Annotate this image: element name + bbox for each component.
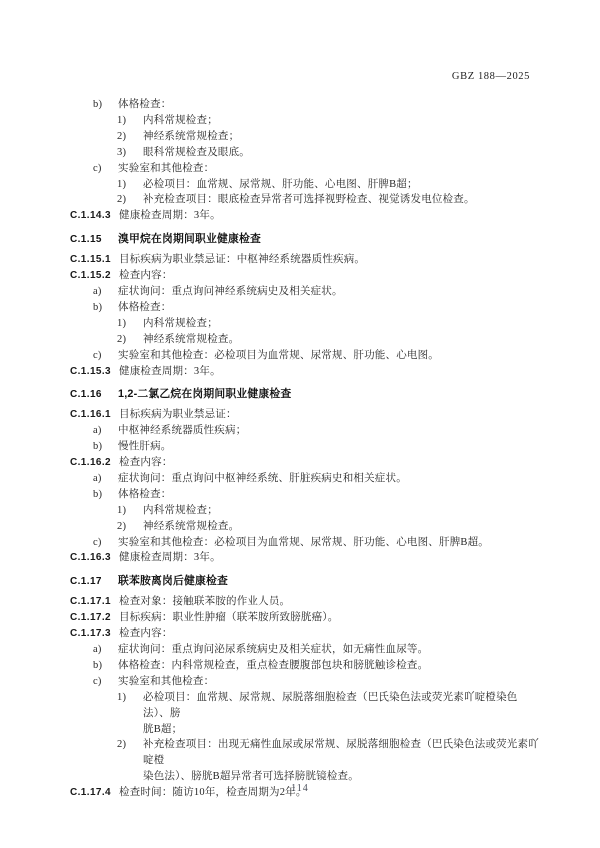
line-text: 必检项目：血常规、尿常规、尿脱落细胞检查（巴氏染色法或荧光素吖啶橙染色法）、膀 <box>143 690 540 722</box>
line-text: 健康检查周期：3年。 <box>119 550 540 566</box>
document-line: a)症状询问：重点询问神经系统病史及相关症状。 <box>93 284 540 300</box>
line-label: c) <box>93 348 118 364</box>
line-text: 目标疾病为职业禁忌证： <box>119 407 540 423</box>
line-label: 2) <box>117 519 143 535</box>
line-text: 实验室和其他检查：必检项目为血常规、尿常规、肝功能、心电图。 <box>118 348 540 364</box>
line-label: c) <box>93 535 118 551</box>
line-label: b) <box>93 97 118 113</box>
document-line: 1)必检项目：血常规、尿常规、肝功能、心电图、肝脾B超； <box>117 177 540 193</box>
line-text: 实验室和其他检查： <box>118 674 540 690</box>
document-line: c)实验室和其他检查：必检项目为血常规、尿常规、肝功能、心电图、肝脾B超。 <box>93 535 540 551</box>
line-text: 健康检查周期：3年。 <box>119 364 540 380</box>
section-number: C.1.16 <box>70 387 110 403</box>
document-line: c)实验室和其他检查： <box>93 161 540 177</box>
document-line: C.1.16.3健康检查周期：3年。 <box>70 550 540 566</box>
line-label: C.1.17.1 <box>70 594 111 610</box>
document-line: C.1.17.3检查内容： <box>70 626 540 642</box>
line-text: 神经系统常规检查； <box>143 129 540 145</box>
document-line: C.1.17.1检查对象：接触联苯胺的作业人员。 <box>70 594 540 610</box>
line-label: c) <box>93 674 118 690</box>
document-line: a)中枢神经系统器质性疾病； <box>93 423 540 439</box>
document-line: 1)必检项目：血常规、尿常规、尿脱落细胞检查（巴氏染色法或荧光素吖啶橙染色法）、… <box>117 690 540 722</box>
line-label: b) <box>93 658 118 674</box>
line-label: 2) <box>117 737 143 753</box>
document-line: C.1.15.1目标疾病为职业禁忌证：中枢神经系统器质性疾病。 <box>70 252 540 268</box>
line-label: 2) <box>117 129 143 145</box>
document-page: GBZ 188—2025 b)体格检查：1)内科常规检查；2)神经系统常规检查；… <box>0 0 600 848</box>
line-label: C.1.17.2 <box>70 610 111 626</box>
document-line: b)体格检查：内科常规检查，重点检查腰腹部包块和膀胱触诊检查。 <box>93 658 540 674</box>
document-line: C.1.16.2检查内容： <box>70 455 540 471</box>
line-label: a) <box>93 642 118 658</box>
document-body: b)体格检查：1)内科常规检查；2)神经系统常规检查；3)眼科常规检查及眼底。c… <box>70 97 540 801</box>
document-line: 2)神经系统常规检查。 <box>117 332 540 348</box>
line-label: b) <box>93 300 118 316</box>
line-label: C.1.15.3 <box>70 364 111 380</box>
line-text: 内科常规检查； <box>143 316 540 332</box>
line-text: 症状询问：重点询问神经系统病史及相关症状。 <box>118 284 540 300</box>
line-text: 补充检查项目：出现无痛性血尿或尿常规、尿脱落细胞检查（巴氏染色法或荧光素吖啶橙 <box>143 737 540 769</box>
page-number: 114 <box>0 783 600 794</box>
document-line: 3)眼科常规检查及眼底。 <box>117 145 540 161</box>
document-line: C.1.14.3健康检查周期：3年。 <box>70 208 540 224</box>
line-label: c) <box>93 161 118 177</box>
line-text: 慢性肝病。 <box>118 439 540 455</box>
line-text: 中枢神经系统器质性疾病； <box>118 423 540 439</box>
line-label: a) <box>93 423 118 439</box>
document-line: b)体格检查： <box>93 487 540 503</box>
line-label: C.1.16.2 <box>70 455 111 471</box>
section-heading: C.1.161,2-二氯乙烷在岗期间职业健康检查 <box>70 387 540 403</box>
line-label: 3) <box>117 145 143 161</box>
line-label: b) <box>93 439 118 455</box>
standard-number-header: GBZ 188—2025 <box>452 71 530 82</box>
document-line: b)体格检查： <box>93 97 540 113</box>
document-line: 1)内科常规检查； <box>117 316 540 332</box>
line-label: 2) <box>117 192 143 208</box>
document-line: 2)补充检查项目：出现无痛性血尿或尿常规、尿脱落细胞检查（巴氏染色法或荧光素吖啶… <box>117 737 540 769</box>
line-text: 必检项目：血常规、尿常规、肝功能、心电图、肝脾B超； <box>143 177 540 193</box>
document-line: C.1.17.2目标疾病：职业性肿瘤（联苯胺所致膀胱癌）。 <box>70 610 540 626</box>
line-label: a) <box>93 284 118 300</box>
line-label: 1) <box>117 113 143 129</box>
line-text: 检查内容： <box>119 626 540 642</box>
document-line: 1)内科常规检查； <box>117 503 540 519</box>
line-text: 内科常规检查； <box>143 113 540 129</box>
line-text: 检查对象：接触联苯胺的作业人员。 <box>119 594 540 610</box>
line-text: 健康检查周期：3年。 <box>119 208 540 224</box>
section-number: C.1.17 <box>70 574 110 590</box>
line-label: 1) <box>117 316 143 332</box>
line-label: C.1.15.1 <box>70 252 111 268</box>
section-title: 溴甲烷在岗期间职业健康检查 <box>118 232 540 248</box>
line-label: C.1.15.2 <box>70 268 111 284</box>
document-line: b)体格检查： <box>93 300 540 316</box>
document-line: c)实验室和其他检查： <box>93 674 540 690</box>
line-text: 症状询问：重点询问泌尿系统病史及相关症状，如无痛性血尿等。 <box>118 642 540 658</box>
document-line: a)症状询问：重点询问泌尿系统病史及相关症状，如无痛性血尿等。 <box>93 642 540 658</box>
document-line: 2)补充检查项目：眼底检查异常者可选择视野检查、视觉诱发电位检查。 <box>117 192 540 208</box>
line-label: 1) <box>117 690 143 706</box>
line-text: 体格检查：内科常规检查，重点检查腰腹部包块和膀胱触诊检查。 <box>118 658 540 674</box>
line-label: C.1.14.3 <box>70 208 111 224</box>
document-line: C.1.15.3健康检查周期：3年。 <box>70 364 540 380</box>
document-line: C.1.16.1目标疾病为职业禁忌证： <box>70 407 540 423</box>
line-text: 实验室和其他检查：必检项目为血常规、尿常规、肝功能、心电图、肝脾B超。 <box>118 535 540 551</box>
line-label: b) <box>93 487 118 503</box>
line-text: 眼科常规检查及眼底。 <box>143 145 540 161</box>
section-title: 1,2-二氯乙烷在岗期间职业健康检查 <box>118 387 540 403</box>
line-text: 症状询问：重点询问中枢神经系统、肝脏疾病史和相关症状。 <box>118 471 540 487</box>
document-line: 1)内科常规检查； <box>117 113 540 129</box>
line-label: C.1.17.3 <box>70 626 111 642</box>
line-label: 2) <box>117 332 143 348</box>
line-text: 检查内容： <box>119 455 540 471</box>
section-heading: C.1.17联苯胺离岗后健康检查 <box>70 574 540 590</box>
document-line: 2)神经系统常规检查； <box>117 129 540 145</box>
line-text: 目标疾病为职业禁忌证：中枢神经系统器质性疾病。 <box>119 252 540 268</box>
document-line: c)实验室和其他检查：必检项目为血常规、尿常规、肝功能、心电图。 <box>93 348 540 364</box>
line-text: 体格检查： <box>118 300 540 316</box>
line-label: C.1.16.3 <box>70 550 111 566</box>
line-label: 1) <box>117 503 143 519</box>
line-text: 神经系统常规检查。 <box>143 519 540 535</box>
line-text: 体格检查： <box>118 97 540 113</box>
section-title: 联苯胺离岗后健康检查 <box>118 574 540 590</box>
document-line: a)症状询问：重点询问中枢神经系统、肝脏疾病史和相关症状。 <box>93 471 540 487</box>
document-line: C.1.15.2检查内容： <box>70 268 540 284</box>
line-text: 体格检查： <box>118 487 540 503</box>
line-label: a) <box>93 471 118 487</box>
document-line: 2)神经系统常规检查。 <box>117 519 540 535</box>
section-number: C.1.15 <box>70 232 110 248</box>
line-label: 1) <box>117 177 143 193</box>
line-text: 目标疾病：职业性肿瘤（联苯胺所致膀胱癌）。 <box>119 610 540 626</box>
document-line: b)慢性肝病。 <box>93 439 540 455</box>
section-heading: C.1.15溴甲烷在岗期间职业健康检查 <box>70 232 540 248</box>
line-text: 神经系统常规检查。 <box>143 332 540 348</box>
line-text: 检查内容： <box>119 268 540 284</box>
line-label: C.1.16.1 <box>70 407 111 423</box>
line-text: 内科常规检查； <box>143 503 540 519</box>
document-line: 胱B超； <box>143 722 540 738</box>
line-text: 实验室和其他检查： <box>118 161 540 177</box>
line-text: 补充检查项目：眼底检查异常者可选择视野检查、视觉诱发电位检查。 <box>143 192 540 208</box>
line-text: 胱B超； <box>143 722 540 738</box>
